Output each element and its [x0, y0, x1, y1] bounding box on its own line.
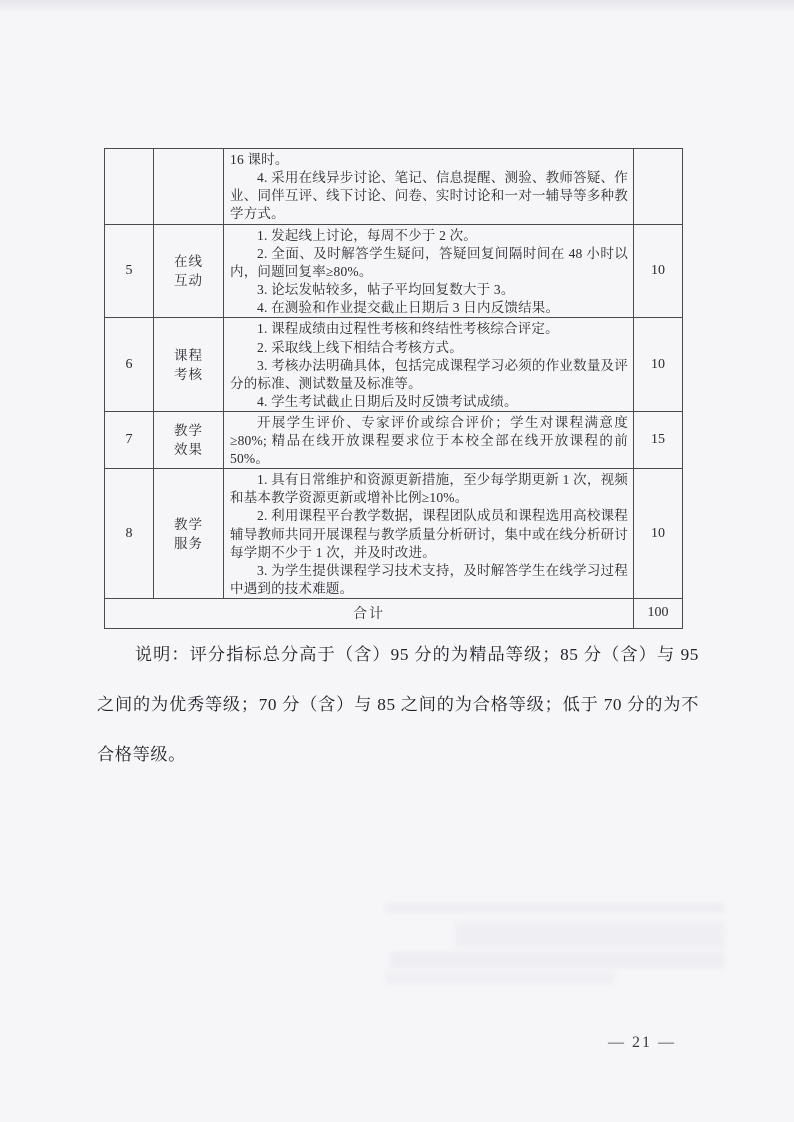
row-category-cell: 教学 服务	[154, 469, 224, 599]
row-criteria-cell: 开展学生评价、专家评价或综合评价；学生对课程满意度≥80%; 精品在线开放课程要…	[224, 411, 634, 468]
criteria-text: 3. 为学生提供课程学习技术支持，及时解答学生在线学习过程中遇到的技术难题。	[230, 562, 628, 598]
criteria-text: 4. 采用在线异步讨论、笔记、信息提醒、测验、教师答疑、作业、同伴互评、线下讨论…	[230, 169, 628, 223]
row-category-cell: 在线 互动	[154, 225, 224, 318]
criteria-text: 1. 具有日常维护和资源更新措施，至少每学期更新 1 次，视频和基本教学资源更新…	[230, 471, 628, 507]
criteria-text: 开展学生评价、专家评价或综合评价；学生对课程满意度≥80%; 精品在线开放课程要…	[230, 414, 628, 468]
grading-note-paragraph: 说明：评分指标总分高于（含）95 分的为精品等级；85 分（含）与 95 之间的…	[97, 630, 699, 780]
row-number-cell: 8	[105, 469, 154, 599]
row-criteria-cell: 1. 发起线上讨论，每周不少于 2 次。 2. 全面、及时解答学生疑问，答疑回复…	[224, 225, 634, 318]
criteria-text: 3. 考核办法明确具体，包括完成课程学习必须的作业数量及评分的标准、测试数量及标…	[230, 357, 628, 393]
criteria-text: 1. 发起线上讨论，每周不少于 2 次。	[230, 227, 628, 245]
row-criteria-cell: 1. 课程成绩由过程性考核和终结性考核综合评定。 2. 采取线上线下相结合考核方…	[224, 318, 634, 411]
criteria-text: 2. 全面、及时解答学生疑问，答疑回复间隔时间在 48 小时以内，问题回复率≥8…	[230, 245, 628, 281]
row-score-cell: 15	[634, 411, 683, 468]
scoring-rubric-table: 16 课时。 4. 采用在线异步讨论、笔记、信息提醒、测验、教师答疑、作业、同伴…	[104, 148, 683, 629]
table-row-course-assessment: 6 课程 考核 1. 课程成绩由过程性考核和终结性考核综合评定。 2. 采取线上…	[105, 318, 683, 411]
criteria-text: 4. 在测验和作业提交截止日期后 3 日内反馈结果。	[230, 299, 628, 317]
row-category-cell: 课程 考核	[154, 318, 224, 411]
row-score-cell	[634, 149, 683, 225]
row-criteria-cell: 16 课时。 4. 采用在线异步讨论、笔记、信息提醒、测验、教师答疑、作业、同伴…	[224, 149, 634, 225]
table-row-teaching-service: 8 教学 服务 1. 具有日常维护和资源更新措施，至少每学期更新 1 次，视频和…	[105, 469, 683, 599]
criteria-text: 4. 学生考试截止日期后及时反馈考试成绩。	[230, 393, 628, 411]
criteria-text: 16 课时。	[230, 151, 628, 169]
page-number: — 21 —	[592, 1034, 692, 1052]
row-score-cell: 10	[634, 318, 683, 411]
criteria-text: 2. 利用课程平台教学数据，课程团队成员和课程选用高校课程辅导教师共同开展课程与…	[230, 507, 628, 561]
table-row-teaching-effect: 7 教学 效果 开展学生评价、专家评价或综合评价；学生对课程满意度≥80%; 精…	[105, 411, 683, 468]
table-row-continuation: 16 课时。 4. 采用在线异步讨论、笔记、信息提醒、测验、教师答疑、作业、同伴…	[105, 149, 683, 225]
bleed-through-artifact	[385, 972, 615, 984]
table-row-online-interaction: 5 在线 互动 1. 发起线上讨论，每周不少于 2 次。 2. 全面、及时解答学…	[105, 225, 683, 318]
row-number-cell: 5	[105, 225, 154, 318]
criteria-text: 2. 采取线上线下相结合考核方式。	[230, 339, 628, 357]
row-category-cell	[154, 149, 224, 225]
row-score-cell: 10	[634, 225, 683, 318]
table-row-total: 合计 100	[105, 598, 683, 628]
scan-edge-shadow	[0, 0, 794, 12]
total-label-cell: 合计	[105, 598, 634, 628]
bleed-through-artifact	[455, 922, 725, 948]
bleed-through-artifact	[390, 952, 725, 968]
total-score-cell: 100	[634, 598, 683, 628]
row-score-cell: 10	[634, 469, 683, 599]
criteria-text: 3. 论坛发帖较多，帖子平均回复数大于 3。	[230, 281, 628, 299]
bleed-through-artifact	[385, 903, 725, 913]
row-number-cell: 6	[105, 318, 154, 411]
row-criteria-cell: 1. 具有日常维护和资源更新措施，至少每学期更新 1 次，视频和基本教学资源更新…	[224, 469, 634, 599]
row-number-cell: 7	[105, 411, 154, 468]
row-category-cell: 教学 效果	[154, 411, 224, 468]
criteria-text: 1. 课程成绩由过程性考核和终结性考核综合评定。	[230, 320, 628, 338]
row-number-cell	[105, 149, 154, 225]
